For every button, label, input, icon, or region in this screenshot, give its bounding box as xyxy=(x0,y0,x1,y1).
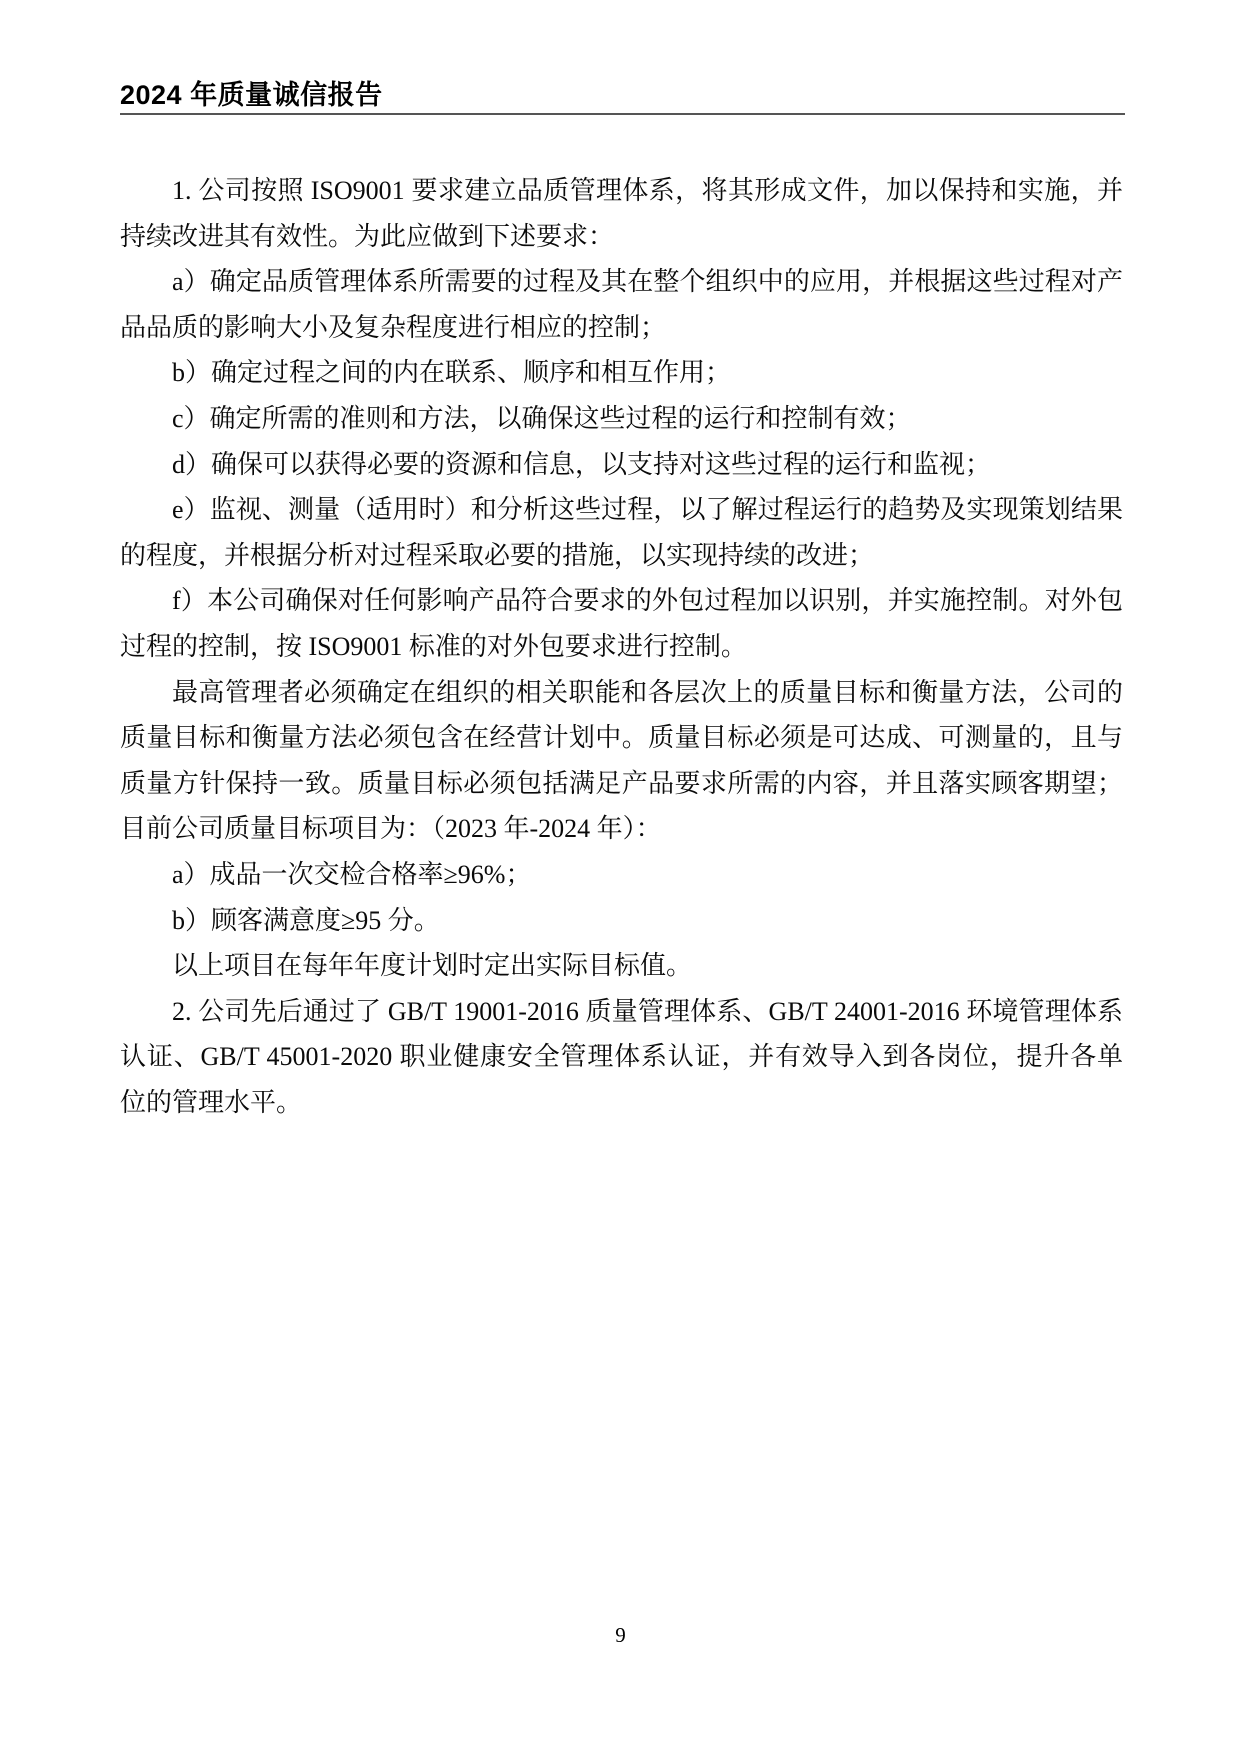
paragraph: d）确保可以获得必要的资源和信息，以支持对这些过程的运行和监视； xyxy=(120,442,1123,488)
paragraph: 2. 公司先后通过了 GB/T 19001-2016 质量管理体系、GB/T 2… xyxy=(120,989,1123,1126)
header-divider xyxy=(120,113,1125,115)
paragraph: b）顾客满意度≥95 分。 xyxy=(120,898,1123,944)
page-header: 2024 年质量诚信报告 xyxy=(120,80,1125,115)
paragraph: b）确定过程之间的内在联系、顺序和相互作用； xyxy=(120,350,1123,396)
paragraph: 以上项目在每年年度计划时定出实际目标值。 xyxy=(120,943,1123,989)
page-number: 9 xyxy=(615,1623,626,1647)
report-title: 2024 年质量诚信报告 xyxy=(120,80,1125,110)
paragraph: 最高管理者必须确定在组织的相关职能和各层次上的质量目标和衡量方法，公司的质量目标… xyxy=(120,670,1123,852)
page-footer: 9 xyxy=(0,1622,1241,1648)
paragraph: 1. 公司按照 ISO9001 要求建立品质管理体系，将其形成文件，加以保持和实… xyxy=(120,168,1123,259)
document-page: 2024 年质量诚信报告 1. 公司按照 ISO9001 要求建立品质管理体系，… xyxy=(0,0,1241,1755)
paragraph: e）监视、测量（适用时）和分析这些过程，以了解过程运行的趋势及实现策划结果的程度… xyxy=(120,487,1123,578)
paragraph: a）成品一次交检合格率≥96%； xyxy=(120,852,1123,898)
document-body: 1. 公司按照 ISO9001 要求建立品质管理体系，将其形成文件，加以保持和实… xyxy=(120,168,1123,1125)
paragraph: a）确定品质管理体系所需要的过程及其在整个组织中的应用，并根据这些过程对产品品质… xyxy=(120,259,1123,350)
paragraph: f）本公司确保对任何影响产品符合要求的外包过程加以识别，并实施控制。对外包过程的… xyxy=(120,578,1123,669)
paragraph: c）确定所需的准则和方法，以确保这些过程的运行和控制有效； xyxy=(120,396,1123,442)
